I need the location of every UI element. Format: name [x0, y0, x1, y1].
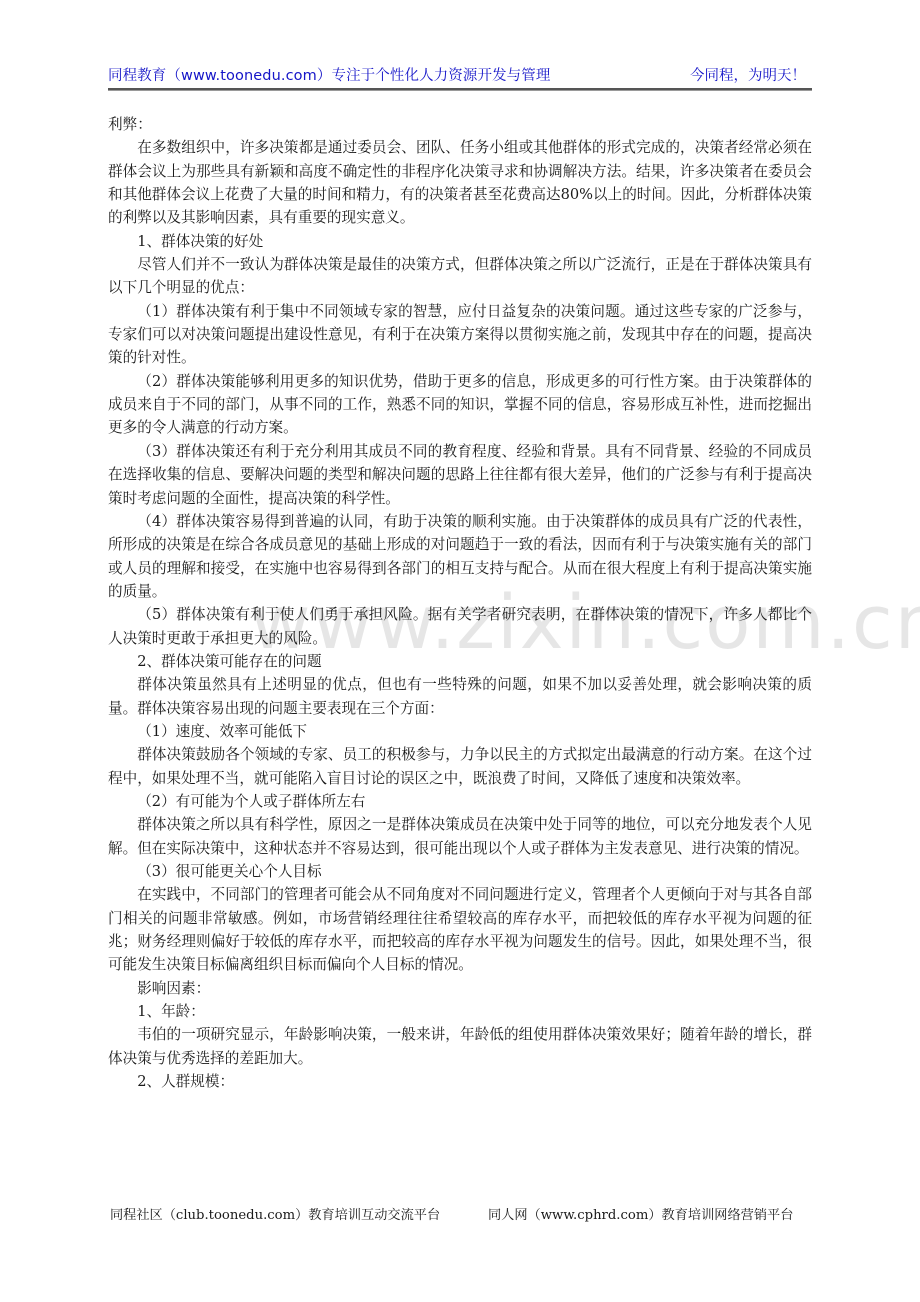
- benefit-item-4: （4）群体决策容易得到普遍的认同，有助于决策的顺利实施。由于决策群体的成员具有广…: [108, 510, 812, 603]
- problem-heading-1: （1）速度、效率可能低下: [108, 720, 812, 743]
- problem-heading-3: （3）很可能更关心个人目标: [108, 860, 812, 883]
- problem-paragraph-1: 群体决策鼓励各个领域的专家、员工的积极参与，力争以民主的方式拟定出最满意的行动方…: [108, 743, 812, 790]
- benefit-item-5: （5）群体决策有利于使人们勇于承担风险。据有关学者研究表明，在群体决策的情况下，…: [108, 603, 812, 650]
- document-body: 利弊： 在多数组织中，许多决策都是通过委员会、团队、任务小组或其他群体的形式完成…: [108, 113, 812, 1093]
- header-motto: 今同程，为明天！: [690, 66, 806, 86]
- factor-paragraph-age: 韦伯的一项研究显示，年龄影响决策，一般来讲，年龄低的组使用群体决策效果好；随着年…: [108, 1023, 812, 1070]
- intro-paragraph: 在多数组织中，许多决策都是通过委员会、团队、任务小组或其他群体的形式完成的，决策…: [108, 136, 812, 229]
- page-header: 同程教育（www.toonedu.com）专注于个性化人力资源开发与管理 今同程…: [108, 66, 812, 90]
- footer-network-link: 同人网（www.cphrd.com）教育培训网络营销平台: [488, 1206, 793, 1226]
- page-footer: 同程社区（club.toonedu.com）教育培训互动交流平台 同人网（www…: [108, 1206, 812, 1226]
- problems-intro-paragraph: 群体决策虽然具有上述明显的优点，但也有一些特殊的问题，如果不加以妥善处理，就会影…: [108, 673, 812, 720]
- factor-heading-age: 1、年龄：: [108, 1000, 812, 1023]
- benefits-intro-paragraph: 尽管人们并不一致认为群体决策是最佳的决策方式，但群体决策之所以广泛流行，正是在于…: [108, 253, 812, 300]
- factor-heading-group-size: 2、人群规模：: [108, 1070, 812, 1093]
- benefit-item-1: （1）群体决策有利于集中不同领域专家的智慧，应付日益复杂的决策问题。通过这些专家…: [108, 300, 812, 370]
- heading-benefits: 1、群体决策的好处: [108, 230, 812, 253]
- section-label-pros-cons: 利弊：: [108, 113, 812, 136]
- problem-paragraph-2: 群体决策之所以具有科学性，原因之一是群体决策成员在决策中处于同等的地位，可以充分…: [108, 813, 812, 860]
- header-site-slogan: 同程教育（www.toonedu.com）专注于个性化人力资源开发与管理: [108, 66, 550, 86]
- heading-problems: 2、群体决策可能存在的问题: [108, 650, 812, 673]
- benefit-item-2: （2）群体决策能够利用更多的知识优势，借助于更多的信息，形成更多的可行性方案。由…: [108, 370, 812, 440]
- footer-community-link: 同程社区（club.toonedu.com）教育培训互动交流平台: [110, 1206, 440, 1226]
- problem-paragraph-3: 在实践中，不同部门的管理者可能会从不同角度对不同问题进行定义，管理者个人更倾向于…: [108, 883, 812, 976]
- heading-factors: 影响因素：: [108, 977, 812, 1000]
- problem-heading-2: （2）有可能为个人或子群体所左右: [108, 790, 812, 813]
- benefit-item-3: （3）群体决策还有利于充分利用其成员不同的教育程度、经验和背景。具有不同背景、经…: [108, 440, 812, 510]
